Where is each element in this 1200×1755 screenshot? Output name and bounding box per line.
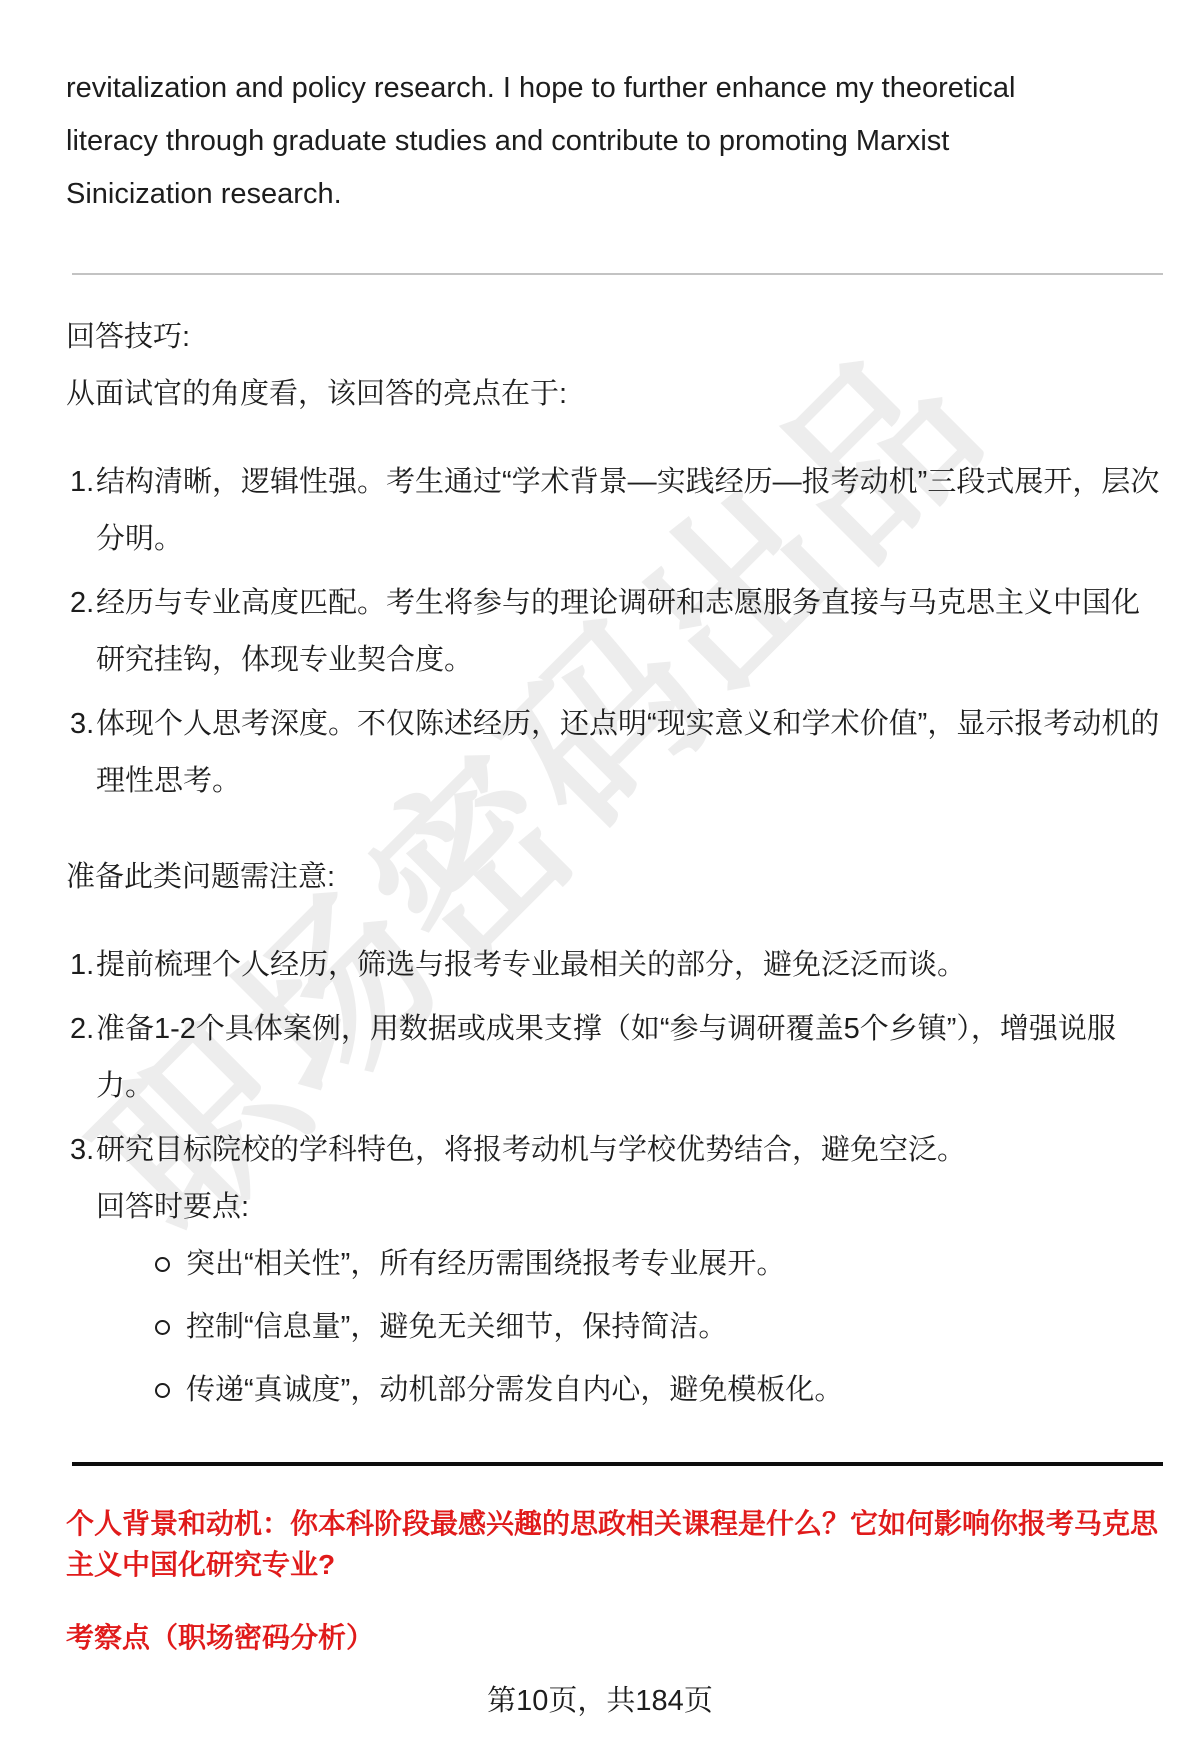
list-item: 1. 结构清晰，逻辑性强。考生通过“学术背景—实践经历—报考动机”三段式展开，层… — [66, 454, 1161, 568]
list-item-text: 准备1-2个具体案例，用数据或成果支撑（如“参与调研覆盖5个乡镇”），增强说服力… — [96, 1001, 1161, 1115]
page-footer: 第10页，共184页 — [0, 1685, 1200, 1718]
exam-point-heading: 考察点（职场密码分析） — [66, 1617, 1161, 1658]
list-item: 3. 体现个人思考深度。不仅陈述经历，还点明“现实意义和学术价值”，显示报考动机… — [66, 696, 1161, 810]
preparation-list: 1. 提前梳理个人经历，筛选与报考专业最相关的部分，避免泛泛而谈。 2. 准备1… — [66, 937, 1161, 1236]
preparation-heading: 准备此类问题需注意: — [66, 849, 1161, 906]
answer-tips-heading: 回答技巧: — [66, 309, 1161, 366]
circle-bullet-icon — [155, 1257, 170, 1272]
highlights-list: 1. 结构清晰，逻辑性强。考生通过“学术背景—实践经历—报考动机”三段式展开，层… — [66, 454, 1161, 810]
bullet-text: 突出“相关性”，所有经历需围绕报考专业展开。 — [186, 1236, 785, 1293]
list-item-text: 研究目标院校的学科特色，将报考动机与学校优势结合，避免空泛。 回答时要点: — [96, 1122, 1161, 1236]
next-question-heading: 个人背景和动机：你本科阶段最感兴趣的思政相关课程是什么？它如何影响你报考马克思主… — [66, 1503, 1161, 1585]
answer-points-label: 回答时要点: — [96, 1179, 1161, 1236]
list-item: 2. 经历与专业高度匹配。考生将参与的理论调研和志愿服务直接与马克思主义中国化研… — [66, 575, 1161, 689]
circle-bullet-icon — [155, 1320, 170, 1335]
list-item: 1. 提前梳理个人经历，筛选与报考专业最相关的部分，避免泛泛而谈。 — [66, 937, 1161, 994]
list-item-text: 研究目标院校的学科特色，将报考动机与学校优势结合，避免空泛。 — [96, 1122, 1161, 1179]
circle-bullet-icon — [155, 1383, 170, 1398]
list-item: 3. 研究目标院校的学科特色，将报考动机与学校优势结合，避免空泛。 回答时要点: — [66, 1122, 1161, 1236]
list-item-text: 提前梳理个人经历，筛选与报考专业最相关的部分，避免泛泛而谈。 — [96, 937, 1161, 994]
document-page: 职场密码出品 revitalization and policy researc… — [0, 0, 1200, 1755]
bullet-text: 控制“信息量”，避免无关细节，保持简洁。 — [186, 1299, 727, 1356]
list-item-number: 1. — [70, 454, 96, 511]
list-item-number: 1. — [70, 937, 96, 994]
answer-points-list: 突出“相关性”，所有经历需围绕报考专业展开。 控制“信息量”，避免无关细节，保持… — [66, 1236, 1161, 1419]
list-item: 控制“信息量”，避免无关细节，保持简洁。 — [155, 1299, 1161, 1356]
list-item-text: 经历与专业高度匹配。考生将参与的理论调研和志愿服务直接与马克思主义中国化研究挂钩… — [96, 575, 1161, 689]
list-item-number: 2. — [70, 575, 96, 632]
page-content: revitalization and policy research. I ho… — [0, 0, 1200, 1658]
bullet-text: 传递“真诚度”，动机部分需发自内心，避免模板化。 — [186, 1362, 843, 1419]
list-item-number: 3. — [70, 1122, 96, 1179]
intro-paragraph: revitalization and policy research. I ho… — [66, 62, 1061, 221]
list-item-number: 3. — [70, 696, 96, 753]
section-divider-dark — [72, 1462, 1163, 1466]
section-divider-light — [72, 273, 1163, 275]
list-item-text: 体现个人思考深度。不仅陈述经历，还点明“现实意义和学术价值”，显示报考动机的理性… — [96, 696, 1161, 810]
list-item-number: 2. — [70, 1001, 96, 1058]
list-item: 传递“真诚度”，动机部分需发自内心，避免模板化。 — [155, 1362, 1161, 1419]
list-item: 突出“相关性”，所有经历需围绕报考专业展开。 — [155, 1236, 1161, 1293]
list-item-text: 结构清晰，逻辑性强。考生通过“学术背景—实践经历—报考动机”三段式展开，层次分明… — [96, 454, 1161, 568]
answer-tips-intro: 从面试官的角度看，该回答的亮点在于: — [66, 366, 1161, 423]
list-item: 2. 准备1-2个具体案例，用数据或成果支撑（如“参与调研覆盖5个乡镇”），增强… — [66, 1001, 1161, 1115]
